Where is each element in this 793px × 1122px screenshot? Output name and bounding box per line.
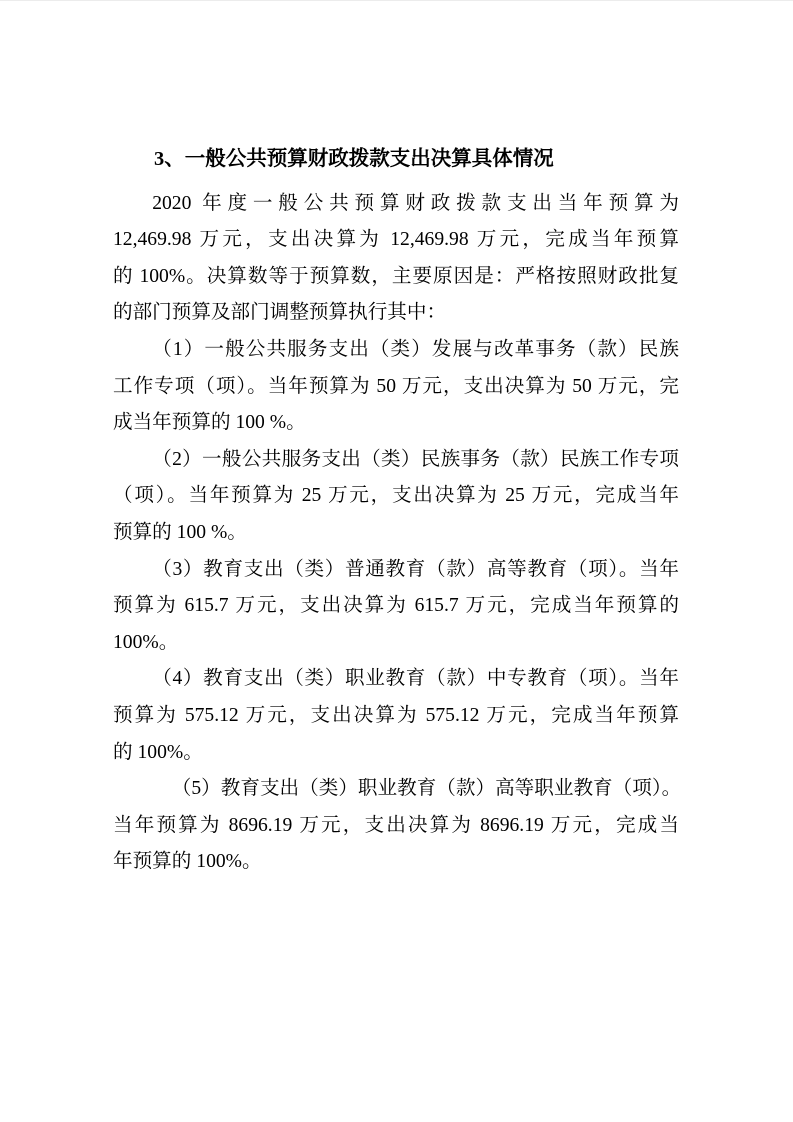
text-line: 的 100%。 — [113, 735, 679, 772]
text-line: 年预算的 100%。 — [113, 844, 679, 881]
text-line: （项）。当年预算为 25 万元，支出决算为 25 万元，完成当年 — [113, 478, 679, 515]
text-line: 工作专项（项）。当年预算为 50 万元，支出决算为 50 万元，完 — [113, 369, 679, 406]
text-line: 的部门预算及部门调整预算执行其中： — [113, 295, 679, 332]
paragraph: （2）一般公共服务支出（类）民族事务（款）民族工作专项（项）。当年预算为 25 … — [113, 442, 679, 552]
text-line: 成当年预算的 100 %。 — [113, 405, 679, 442]
text-line: 2020 年度一般公共预算财政拨款支出当年预算为 — [113, 186, 679, 223]
content-area: 3、一般公共预算财政拨款支出决算具体情况 2020 年度一般公共预算财政拨款支出… — [113, 141, 679, 881]
text-line: 100%。 — [113, 625, 679, 662]
paragraph: （4）教育支出（类）职业教育（款）中专教育（项）。当年预算为 575.12 万元… — [113, 661, 679, 771]
text-line: （5）教育支出（类）职业教育（款）高等职业教育（项）。 — [113, 771, 679, 808]
paragraph: （3）教育支出（类）普通教育（款）高等教育（项）。当年预算为 615.7 万元，… — [113, 552, 679, 662]
section-heading: 3、一般公共预算财政拨款支出决算具体情况 — [113, 141, 679, 178]
text-line: 预算为 575.12 万元，支出决算为 575.12 万元，完成当年预算 — [113, 698, 679, 735]
text-line: 12,469.98 万元，支出决算为 12,469.98 万元，完成当年预算 — [113, 222, 679, 259]
text-line: （3）教育支出（类）普通教育（款）高等教育（项）。当年 — [113, 552, 679, 589]
text-line: 当年预算为 8696.19 万元，支出决算为 8696.19 万元，完成当 — [113, 808, 679, 845]
paragraph: （5）教育支出（类）职业教育（款）高等职业教育（项）。当年预算为 8696.19… — [113, 771, 679, 881]
paragraph: （1）一般公共服务支出（类）发展与改革事务（款）民族工作专项（项）。当年预算为 … — [113, 332, 679, 442]
paragraph: 2020 年度一般公共预算财政拨款支出当年预算为12,469.98 万元，支出决… — [113, 186, 679, 332]
document-page: 3、一般公共预算财政拨款支出决算具体情况 2020 年度一般公共预算财政拨款支出… — [0, 0, 793, 1122]
text-line: 预算为 615.7 万元，支出决算为 615.7 万元，完成当年预算的 — [113, 588, 679, 625]
text-line: （2）一般公共服务支出（类）民族事务（款）民族工作专项 — [113, 442, 679, 479]
text-line: 的 100%。决算数等于预算数，主要原因是：严格按照财政批复 — [113, 259, 679, 296]
text-line: （1）一般公共服务支出（类）发展与改革事务（款）民族 — [113, 332, 679, 369]
text-line: 预算的 100 %。 — [113, 515, 679, 552]
text-line: （4）教育支出（类）职业教育（款）中专教育（项）。当年 — [113, 661, 679, 698]
document-body: 2020 年度一般公共预算财政拨款支出当年预算为12,469.98 万元，支出决… — [113, 186, 679, 881]
